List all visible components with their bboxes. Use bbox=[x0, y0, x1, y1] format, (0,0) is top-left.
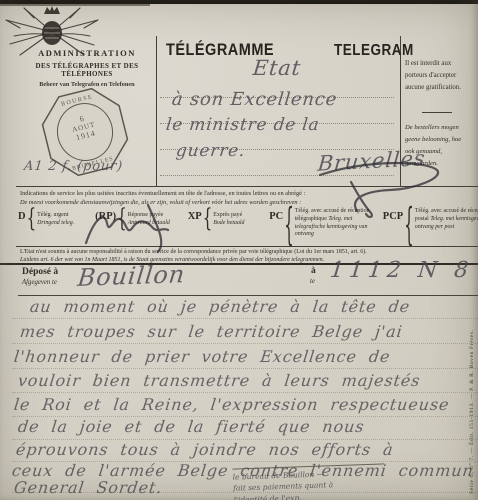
form-title-nl: TELEGRAM bbox=[334, 41, 414, 58]
handwritten-recipient-line: guerre. bbox=[175, 141, 246, 161]
deposited-at-label-fr: Déposé à bbox=[22, 267, 58, 277]
service-codes-row: D{ Télég. urgent Dringend teleg. (RP){ R… bbox=[18, 207, 474, 239]
administration-title: ADMINISTRATION bbox=[20, 48, 154, 58]
signature: General Sordet. bbox=[13, 478, 164, 497]
ruled-line bbox=[12, 343, 478, 344]
administration-subtitle-nl: Beheer van Telegrafen en Telefonen bbox=[20, 81, 154, 88]
handwritten-origin-office: Bouillon bbox=[76, 260, 186, 292]
message-line: mes troupes sur le territoire Belge j'ai bbox=[19, 322, 404, 341]
message-line: éprouvons tous à joindre nos efforts à bbox=[15, 440, 395, 459]
service-indications: Indications de service les plus usitées … bbox=[20, 189, 468, 207]
clerk-reference-note: A1 2 f. (pour) bbox=[23, 159, 123, 174]
code-reply-paid: (RP){ Réponse payée Antwoord betaald bbox=[95, 207, 188, 228]
scan-edge bbox=[0, 0, 478, 4]
clerk-verification-note: le bureau de Bouillon — fait ses paiemen… bbox=[232, 463, 385, 500]
section-rule bbox=[16, 186, 478, 187]
deposit-baseline bbox=[18, 295, 478, 296]
administration-subtitle-fr: DES TÉLÉGRAPHES ET DES TÉLÉPHONES bbox=[20, 62, 154, 78]
message-line: au moment où je pénètre à la tête de bbox=[29, 297, 412, 316]
header-divider-left bbox=[156, 36, 157, 186]
at-label-nl: te bbox=[310, 278, 315, 285]
at-label-fr: à bbox=[311, 266, 316, 276]
handwritten-telegram-number: 1112 N 8 1 bbox=[329, 258, 478, 283]
message-line: l'honneur de prier votre Excellence de bbox=[13, 347, 392, 366]
section-rule bbox=[16, 246, 478, 247]
message-line: vouloir bien transmettre à leurs majesté… bbox=[17, 371, 422, 390]
ruled-line bbox=[12, 392, 478, 393]
handwritten-destination: Bruxelles bbox=[317, 146, 427, 176]
ruled-line bbox=[12, 368, 478, 369]
code-express-paid: XP{ Exprès payé Bode betaald bbox=[188, 207, 270, 228]
no-gratuity-notice-fr: Il est interdit aux porteurs d'accepter … bbox=[405, 58, 471, 95]
code-telegraphic-receipt: PC{ Télég. avec accusé de réception télé… bbox=[269, 207, 383, 239]
handwritten-recipient-line: le ministre de la bbox=[165, 115, 321, 135]
administration-block: ADMINISTRATION DES TÉLÉGRAPHES ET DES TÉ… bbox=[20, 48, 154, 88]
code-urgent: D{ Télég. urgent Dringend teleg. bbox=[18, 207, 95, 228]
printer-imprint: Série G, n° 7. — Édit. 151-1913. — P. & … bbox=[469, 262, 475, 494]
notice-divider bbox=[422, 112, 452, 113]
message-line: le Roi et la Reine, l'expression respect… bbox=[13, 395, 451, 414]
address-line bbox=[160, 175, 394, 176]
telegram-form: ADMINISTRATION DES TÉLÉGRAPHES ET DES TÉ… bbox=[0, 0, 478, 500]
deposited-at-label-nl: Afgegeven te bbox=[22, 279, 57, 286]
ruled-line bbox=[12, 318, 478, 319]
handwritten-recipient-line: à son Excellence bbox=[171, 89, 338, 110]
handwritten-priority: Etat bbox=[252, 56, 302, 80]
message-line: de la joie et de la fierté que nous bbox=[17, 417, 366, 436]
code-postal-receipt: PCP{ Télég. avec accusé de réception pos… bbox=[383, 207, 478, 234]
